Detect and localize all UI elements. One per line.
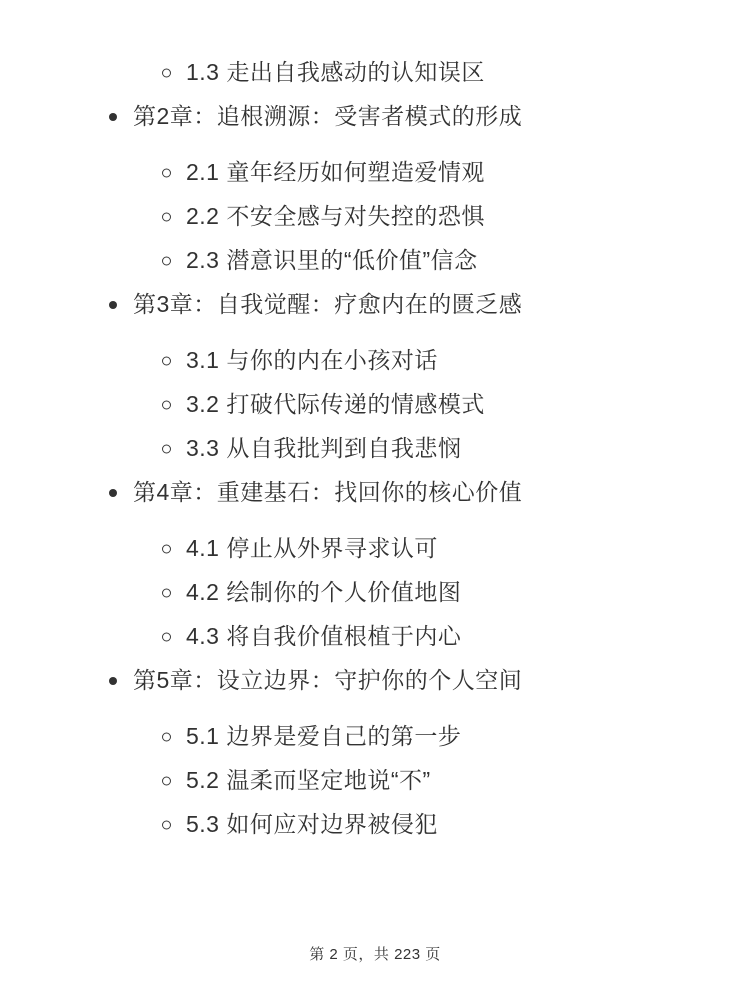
toc-section-item: 4.1 停止从外界寻求认可 — [0, 534, 750, 563]
hollow-bullet-icon — [162, 68, 171, 77]
toc-section-item: 4.2 绘制你的个人价值地图 — [0, 578, 750, 607]
toc-item-text: 3.3 从自我批判到自我悲悯 — [186, 435, 461, 461]
hollow-bullet-icon — [162, 732, 171, 741]
toc-item-text: 5.2 温柔而坚定地说“不” — [186, 767, 431, 793]
page-number-footer: 第 2 页，共 223 页 — [0, 945, 750, 964]
toc-item-text: 第3章：自我觉醒：疗愈内在的匮乏感 — [133, 291, 522, 317]
toc-section-item: 2.3 潜意识里的“低价值”信念 — [0, 246, 750, 275]
toc-chapter-item: 第2章：追根溯源：受害者模式的形成 — [0, 102, 750, 131]
hollow-bullet-icon — [162, 444, 171, 453]
filled-bullet-icon — [109, 677, 117, 685]
hollow-bullet-icon — [162, 212, 171, 221]
hollow-bullet-icon — [162, 168, 171, 177]
toc-item-text: 第2章：追根溯源：受害者模式的形成 — [133, 103, 522, 129]
toc-item-text: 1.3 走出自我感动的认知误区 — [186, 59, 485, 85]
toc-section-item: 3.2 打破代际传递的情感模式 — [0, 390, 750, 419]
toc-item-text: 5.3 如何应对边界被侵犯 — [186, 811, 438, 837]
toc-section-item: 5.3 如何应对边界被侵犯 — [0, 810, 750, 839]
filled-bullet-icon — [109, 489, 117, 497]
toc-item-text: 第4章：重建基石：找回你的核心价值 — [133, 479, 522, 505]
hollow-bullet-icon — [162, 776, 171, 785]
toc-section-item: 2.2 不安全感与对失控的恐惧 — [0, 202, 750, 231]
toc-section-item: 3.3 从自我批判到自我悲悯 — [0, 434, 750, 463]
filled-bullet-icon — [109, 301, 117, 309]
hollow-bullet-icon — [162, 256, 171, 265]
toc-item-text: 2.2 不安全感与对失控的恐惧 — [186, 203, 485, 229]
toc-item-text: 第5章：设立边界：守护你的个人空间 — [133, 667, 522, 693]
toc-section-item: 1.3 走出自我感动的认知误区 — [0, 58, 750, 87]
toc-chapter-item: 第3章：自我觉醒：疗愈内在的匮乏感 — [0, 290, 750, 319]
toc-item-text: 2.1 童年经历如何塑造爱情观 — [186, 159, 485, 185]
hollow-bullet-icon — [162, 544, 171, 553]
toc-item-text: 4.2 绘制你的个人价值地图 — [186, 579, 461, 605]
hollow-bullet-icon — [162, 356, 171, 365]
hollow-bullet-icon — [162, 820, 171, 829]
toc-item-text: 5.1 边界是爱自己的第一步 — [186, 723, 461, 749]
hollow-bullet-icon — [162, 588, 171, 597]
toc-item-text: 3.2 打破代际传递的情感模式 — [186, 391, 485, 417]
toc-section-item: 3.1 与你的内在小孩对话 — [0, 346, 750, 375]
toc-section-item: 2.1 童年经历如何塑造爱情观 — [0, 158, 750, 187]
toc-section-item: 4.3 将自我价值根植于内心 — [0, 622, 750, 651]
filled-bullet-icon — [109, 113, 117, 121]
toc-chapter-item: 第5章：设立边界：守护你的个人空间 — [0, 666, 750, 695]
toc-section-item: 5.1 边界是爱自己的第一步 — [0, 722, 750, 751]
toc-item-text: 4.1 停止从外界寻求认可 — [186, 535, 438, 561]
toc-chapter-item: 第4章：重建基石：找回你的核心价值 — [0, 478, 750, 507]
toc-list: 1.3 走出自我感动的认知误区第2章：追根溯源：受害者模式的形成2.1 童年经历… — [0, 0, 750, 839]
hollow-bullet-icon — [162, 632, 171, 641]
toc-item-text: 4.3 将自我价值根植于内心 — [186, 623, 461, 649]
toc-item-text: 2.3 潜意识里的“低价值”信念 — [186, 247, 478, 273]
toc-item-text: 3.1 与你的内在小孩对话 — [186, 347, 438, 373]
hollow-bullet-icon — [162, 400, 171, 409]
document-page: 1.3 走出自我感动的认知误区第2章：追根溯源：受害者模式的形成2.1 童年经历… — [0, 0, 750, 1000]
toc-section-item: 5.2 温柔而坚定地说“不” — [0, 766, 750, 795]
